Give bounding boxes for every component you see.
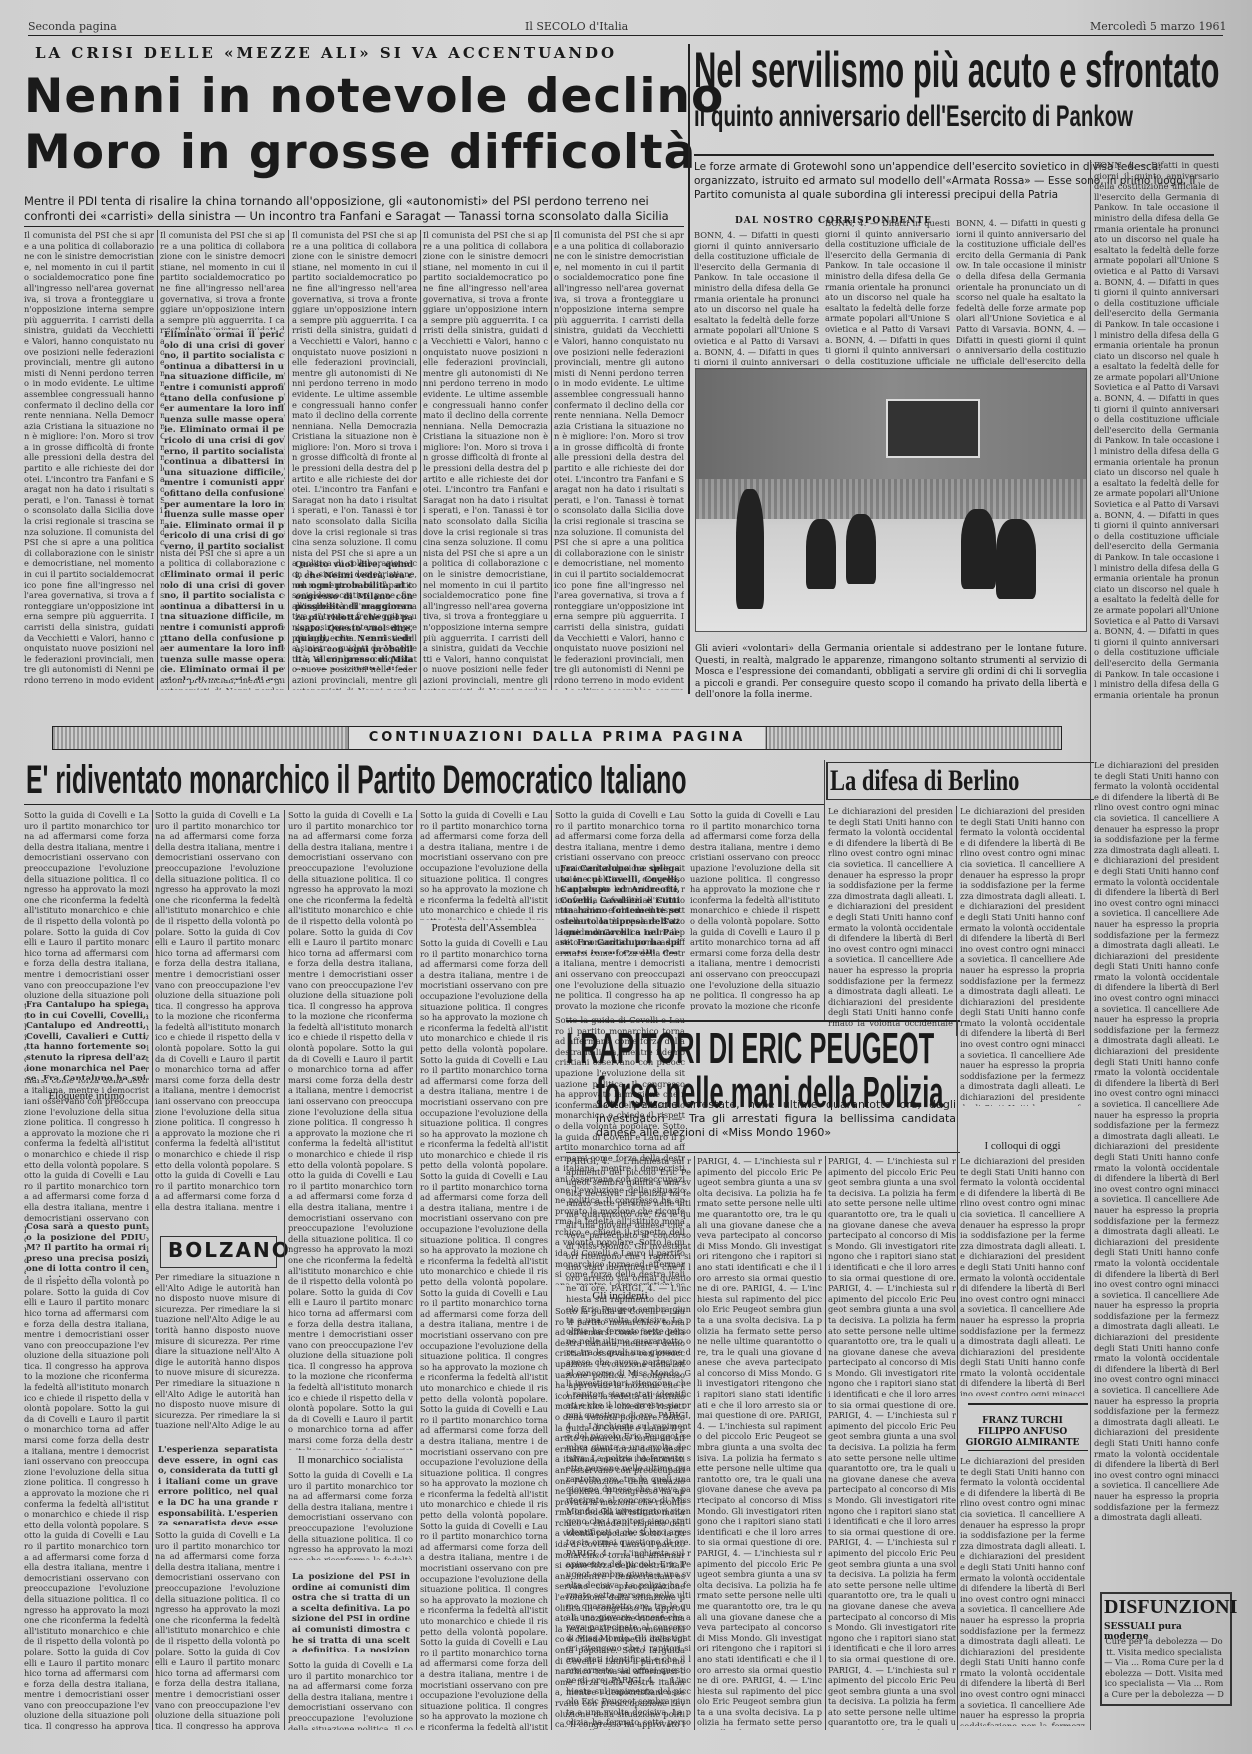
story2-photo bbox=[695, 368, 1087, 632]
col-rule bbox=[152, 810, 153, 1730]
col-rule bbox=[957, 1020, 958, 1730]
ad-title: DISFUNZIONI bbox=[1104, 1596, 1237, 1619]
col-rule bbox=[157, 230, 158, 690]
story3-inset3: L'esperienza separatista deve essere, in… bbox=[158, 1445, 278, 1525]
story1-headline-1: Nenni in notevole declino bbox=[24, 70, 724, 124]
story4-col2: Le dichiarazioni del presidente degli St… bbox=[960, 806, 1085, 1106]
story2-caption: Gli avieri «volontari» della Germania or… bbox=[695, 644, 1087, 702]
story2-col4: BONN, 4. — Difatti in questi giorni il q… bbox=[1094, 160, 1219, 700]
col-rule bbox=[1090, 160, 1091, 1730]
credit-1: FRANZ TURCHI bbox=[960, 1416, 1085, 1427]
story1-inset2: Questo vuol dire, quindi, che Nenni vedr… bbox=[295, 560, 413, 670]
credit-3: GIORGIO ALMIRANTE bbox=[960, 1438, 1085, 1449]
col-rule bbox=[956, 806, 957, 1036]
col-rule bbox=[284, 810, 285, 1730]
col-rule bbox=[551, 230, 552, 690]
story3-inset: Fra Cantalupo ha spiegato in cui Covelli… bbox=[26, 1000, 146, 1080]
story3-col2b: Sotto la guida di Covelli e Lauro il par… bbox=[155, 1530, 280, 1730]
col-rule bbox=[551, 810, 552, 1730]
story2-rule bbox=[694, 154, 1214, 156]
story6-col1: PARIGI, 4. — L'inchiesta sul rapimento d… bbox=[566, 1156, 691, 1730]
story4-credits: FRANZ TURCHI FILIPPO ANFUSO GIORGIO ALMI… bbox=[960, 1416, 1085, 1449]
ad-body: Cure per la debolezza — Dott. Visita med… bbox=[1104, 1636, 1224, 1698]
folio-rule bbox=[28, 35, 1223, 36]
story4-subhead: I colloqui di oggi bbox=[960, 1140, 1085, 1152]
story6-col3: PARIGI, 4. — L'inchiesta sul rapimento d… bbox=[828, 1156, 956, 1730]
story4-col3: Le dichiarazioni del presidente degli St… bbox=[1094, 760, 1219, 1580]
story3-inset4: La posizione del PSI in ordine ai comuni… bbox=[292, 1572, 410, 1652]
banner-label: CONTINUAZIONI DALLA PRIMA PAGINA bbox=[348, 727, 767, 749]
story3-col4: Sotto la guida di Covelli e Lauro il par… bbox=[420, 810, 548, 920]
story3-headline: E' ridiventato monarchico il Partito Dem… bbox=[26, 758, 686, 803]
story1-deck: Mentre il PDI tenta di risalire la china… bbox=[24, 194, 684, 224]
story2-col2: BONN, 4. — Difatti in questi giorni il q… bbox=[825, 218, 950, 365]
col-rule bbox=[288, 230, 289, 690]
story6-deck: Sotto persone arrestate, nelle ultime qu… bbox=[596, 1098, 956, 1140]
folio-right: Mercoledì 5 marzo 1961 bbox=[1090, 20, 1227, 33]
story6-headline-1: I RAPITORI DI ERIC PEUGEOT bbox=[566, 1026, 934, 1072]
continuations-banner: CONTINUAZIONI DALLA PRIMA PAGINA bbox=[52, 726, 1062, 750]
story3-col4b: Sotto la guida di Covelli e Lauro il par… bbox=[420, 938, 548, 1730]
credit-2: FILIPPO ANFUSO bbox=[960, 1427, 1085, 1438]
story3-rule bbox=[24, 804, 824, 805]
story3-col3c: Sotto la guida di Covelli e Lauro il par… bbox=[288, 1660, 413, 1730]
col-rule bbox=[420, 230, 421, 690]
story1-rule bbox=[24, 226, 684, 227]
story3-col5-inset: Fra Cantalupo ha spiegato in cui Covelli… bbox=[560, 864, 680, 954]
story3-col3b: Sotto la guida di Covelli e Lauro il par… bbox=[288, 1470, 413, 1560]
newspaper-page: Seconda pagina Il SECOLO d'Italia Mercol… bbox=[0, 0, 1252, 1754]
story4-col2b: Le dichiarazioni del presidente degli St… bbox=[960, 1156, 1085, 1396]
story1-kicker: LA CRISI DELLE «MEZZE ALI» SI VA ACCENTU… bbox=[35, 44, 617, 62]
col-rule bbox=[416, 810, 417, 1730]
story3-col6: Sotto la guida di Covelli e Lauro il par… bbox=[690, 810, 820, 1010]
col-rule bbox=[694, 1156, 695, 1730]
story3-subhead1: Eloquente intimo bbox=[24, 1090, 149, 1102]
story1-headline-2: Moro in grosse difficoltà bbox=[24, 126, 696, 180]
section-rule bbox=[688, 44, 690, 694]
col-rule bbox=[825, 1156, 826, 1730]
story3-inset2: Cosa sarà a questo punto la posizione de… bbox=[26, 1222, 146, 1277]
story3-col2: Sotto la guida di Covelli e Lauro il par… bbox=[155, 810, 280, 1210]
story6-rule bbox=[566, 1152, 960, 1153]
story5-title: BOLZANO bbox=[168, 1238, 291, 1262]
story3-subhead4: Il monarchico socialista bbox=[288, 1454, 413, 1466]
col-rule bbox=[824, 760, 825, 1020]
story4-col1: Le dichiarazioni del presidente degli St… bbox=[828, 806, 953, 1026]
folio-center: Il SECOLO d'Italia bbox=[525, 20, 628, 33]
story1-col1: Il comunista del PSI che si apre a una p… bbox=[24, 230, 154, 686]
story4-col2c: Le dichiarazioni del presidente degli St… bbox=[960, 1456, 1085, 1726]
story4-headline: La difesa di Berlino bbox=[830, 764, 1019, 798]
story5-body: Per rimediare la situazione nell'Alto Ad… bbox=[155, 1272, 280, 1432]
story2-col1: BONN, 4. — Difatti in questi giorni il q… bbox=[694, 230, 819, 365]
story2-col3: BONN, 4. — Difatti in questi giorni il q… bbox=[956, 218, 1086, 365]
story1-col4: Il comunista del PSI che si apre a una p… bbox=[423, 230, 548, 690]
story6-col2: PARIGI, 4. — L'inchiesta sul rapimento d… bbox=[697, 1156, 822, 1730]
credits-rule-2 bbox=[968, 1450, 1088, 1451]
story3-col3: Sotto la guida di Covelli e Lauro il par… bbox=[288, 810, 413, 1450]
story1-col5: Il comunista del PSI che si apre a una p… bbox=[554, 230, 684, 690]
story2-headline-1: Nel servilismo più acuto e sfrontato bbox=[694, 44, 1219, 96]
folio-left: Seconda pagina bbox=[28, 20, 117, 33]
credits-rule bbox=[968, 1403, 1088, 1405]
story6-rule-top bbox=[566, 1020, 960, 1022]
story1-inset-b: Eliminato ormai il pericolo di una crisi… bbox=[164, 570, 284, 680]
story2-headline-2: il quinto anniversario dell'Esercito di … bbox=[694, 100, 1133, 134]
story1-inset: Eliminato ormai il pericolo di una crisi… bbox=[164, 330, 284, 550]
story3-subhead2: Protesta dell'Assemblea bbox=[420, 922, 548, 934]
